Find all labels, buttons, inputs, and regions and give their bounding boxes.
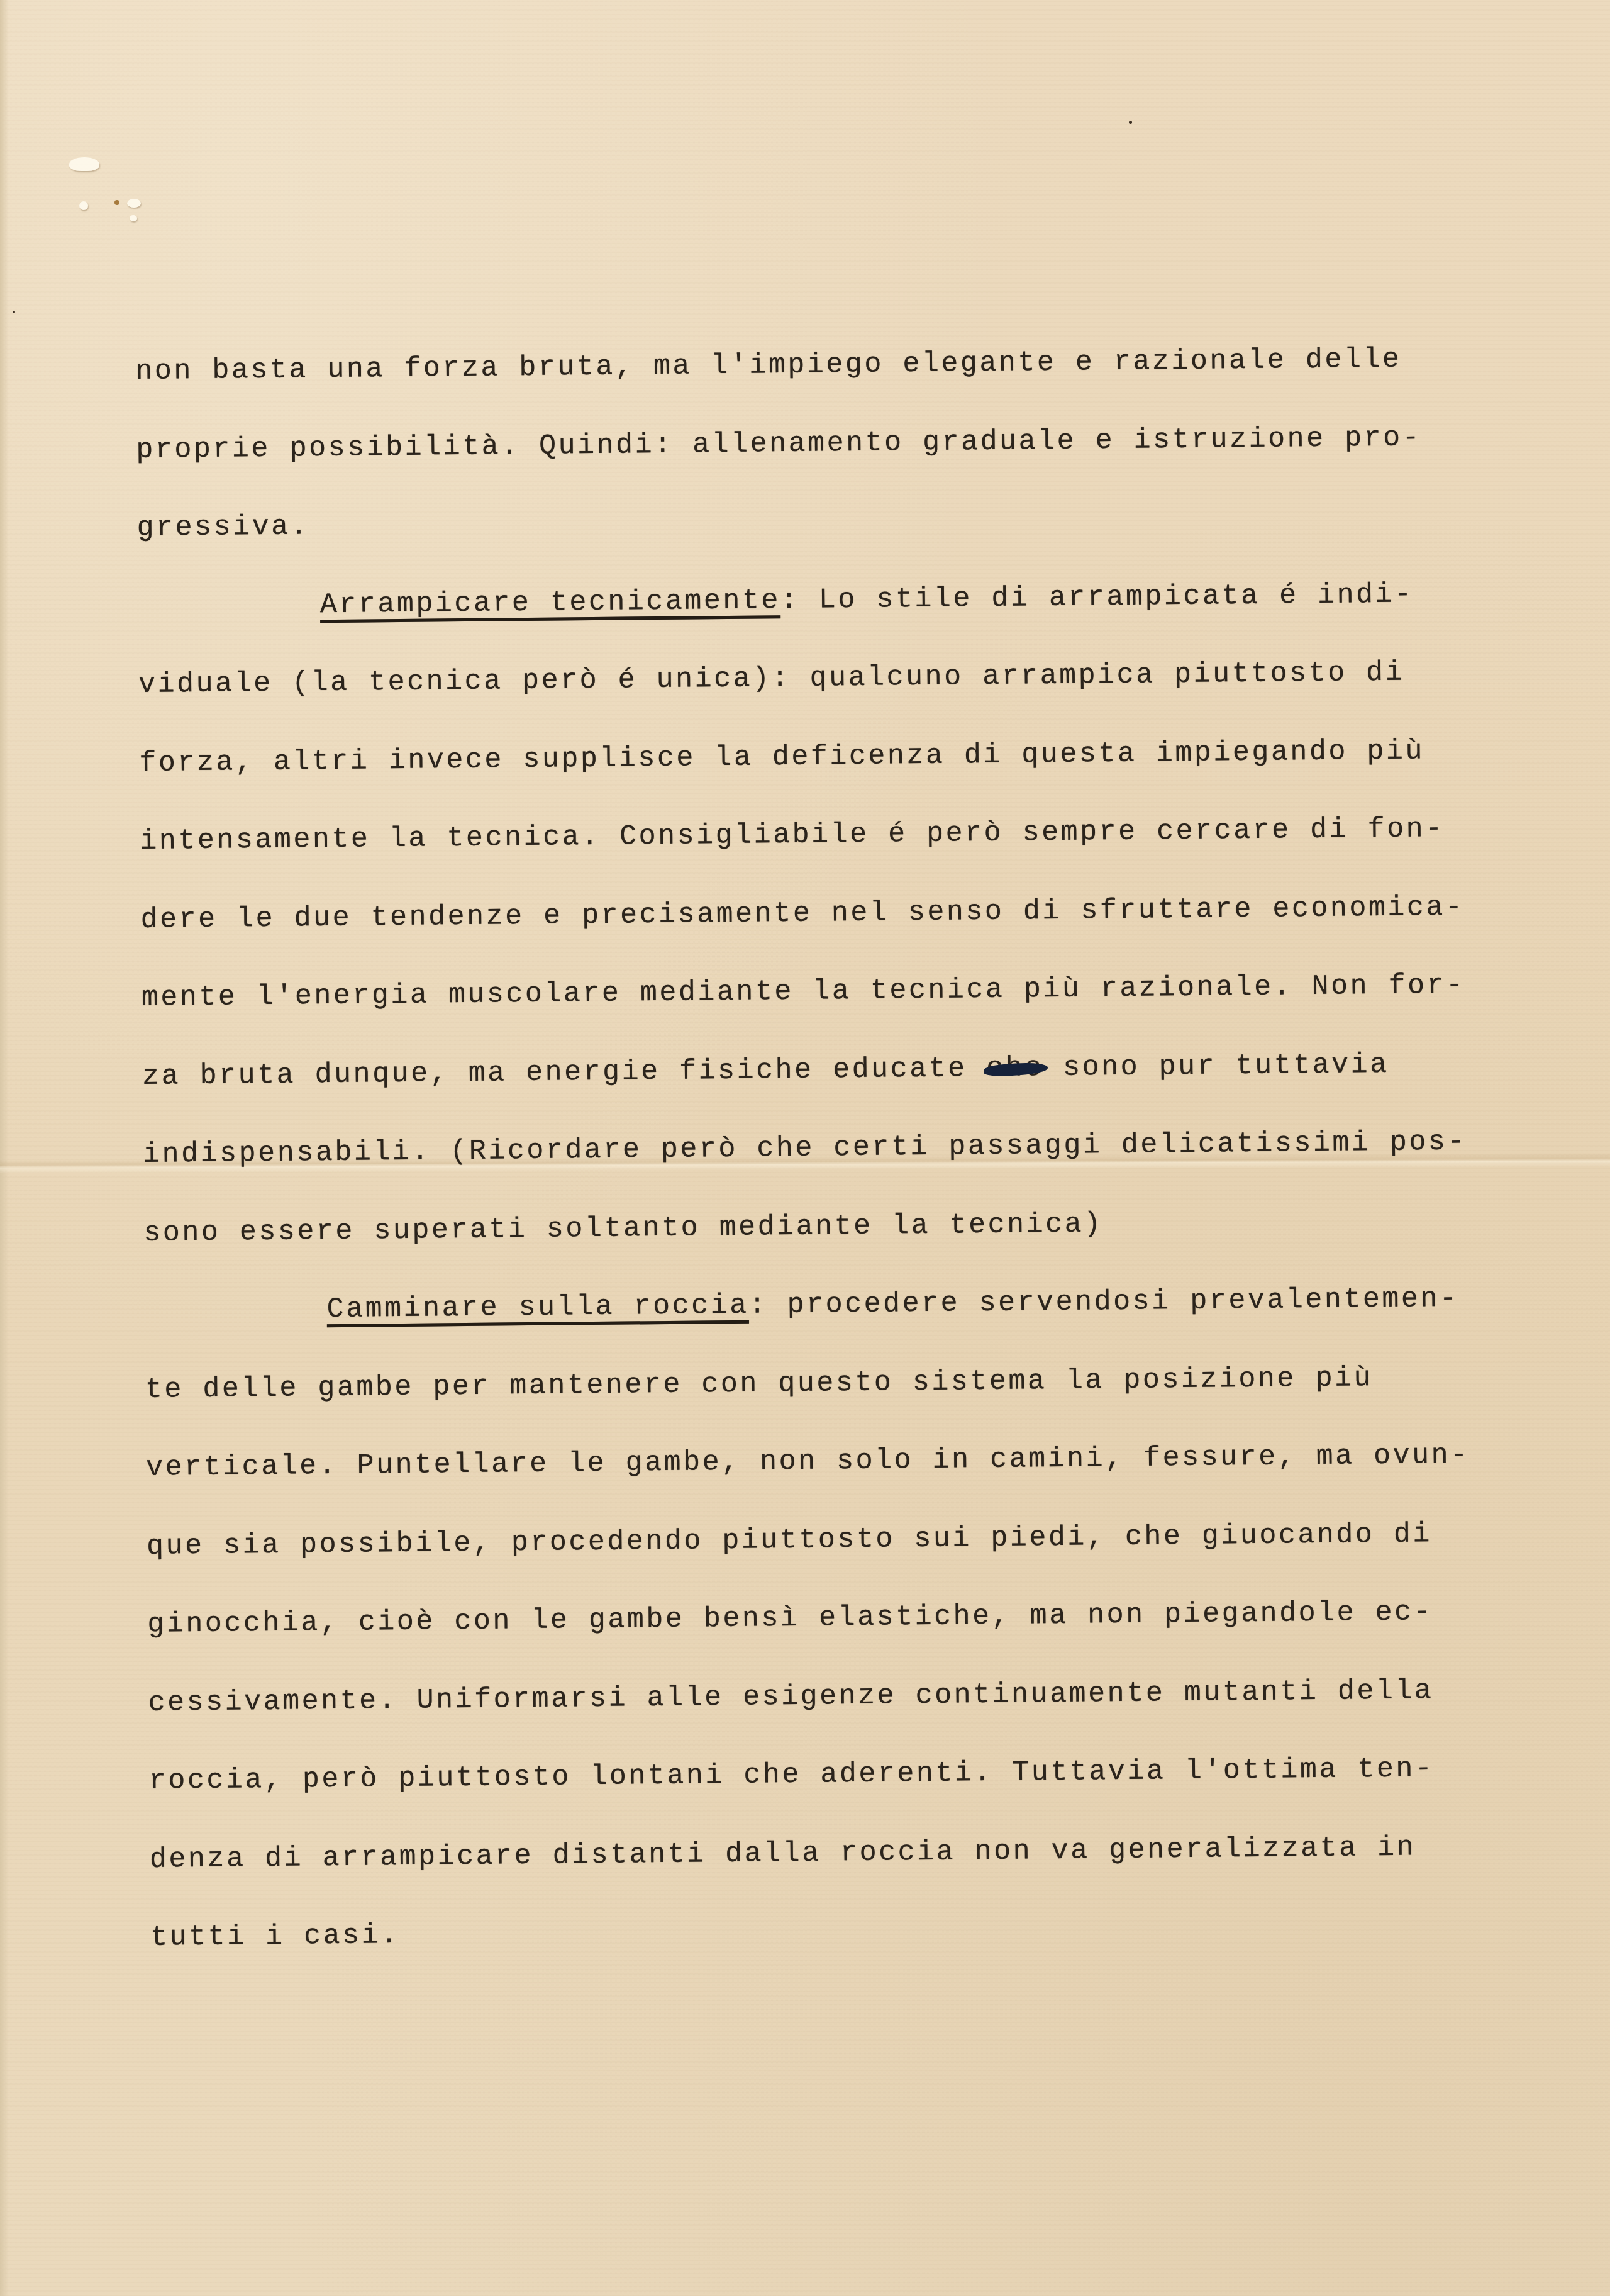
section-heading-arrampicare-tecnicamente: Arrampicare tecnicamente <box>320 584 781 621</box>
text-line: indispensabili. (Ricordare però che cert… <box>143 1122 1526 1174</box>
text-line: intensamente la tecnica. Consigliabile é… <box>140 809 1523 861</box>
text-line: forza, altri invece supplisce la deficen… <box>139 730 1523 783</box>
paper-punch-marks <box>69 157 157 226</box>
struck-out-word: che <box>986 1049 1044 1088</box>
text-segment: sono pur tuttavia <box>1043 1048 1389 1083</box>
paragraph-start-line: Arrampicare tecnicamente: Lo stile di ar… <box>138 574 1521 626</box>
text-line: te delle gambe per mantenere con questo … <box>145 1357 1529 1409</box>
text-line: : Lo stile di arrampicata é indi- <box>780 578 1414 616</box>
text-line: ginocchia, cioè con le gambe bensì elast… <box>147 1592 1531 1644</box>
typewritten-text: non basta una forza bruta, ma l'impiego … <box>135 339 1535 1997</box>
text-line: denza di arrampicare distanti dalla rocc… <box>150 1827 1533 1879</box>
text-line: proprie possibilità. Quindi: allenamento… <box>136 417 1519 469</box>
text-line: que sia possibile, procedendo piuttosto … <box>147 1513 1530 1566</box>
text-line: gressiva. <box>136 496 1520 548</box>
text-line: sono essere superati soltanto mediante l… <box>143 1200 1527 1252</box>
document-page: non basta una forza bruta, ma l'impiego … <box>0 0 1610 2296</box>
section-heading-camminare-sulla-roccia: Camminare sulla roccia <box>326 1290 749 1325</box>
text-segment: za bruta dunque, ma energie fisiche educ… <box>142 1052 987 1093</box>
text-line: tutti i casi. <box>150 1905 1534 1958</box>
text-line: roccia, però piuttosto lontani che adere… <box>149 1749 1533 1801</box>
ink-speck <box>13 311 15 313</box>
ink-speck <box>1129 121 1132 124</box>
paper-left-edge <box>0 0 9 2296</box>
text-line: viduale (la tecnica però é unica): qualc… <box>138 652 1522 705</box>
text-line-with-correction: za bruta dunque, ma energie fisiche educ… <box>142 1044 1526 1096</box>
paragraph-start-line: Camminare sulla roccia: procedere serven… <box>144 1279 1528 1331</box>
text-line: mente l'energia muscolare mediante la te… <box>142 966 1525 1018</box>
text-line: cessivamente. Uniformarsi alle esigenze … <box>148 1670 1531 1722</box>
text-line: non basta una forza bruta, ma l'impiego … <box>135 339 1519 391</box>
text-line: : procedere servendosi prevalentemen- <box>748 1283 1458 1322</box>
text-line: dere le due tendenze e precisamente nel … <box>140 887 1524 939</box>
text-line: verticale. Puntellare le gambe, non solo… <box>146 1435 1529 1488</box>
